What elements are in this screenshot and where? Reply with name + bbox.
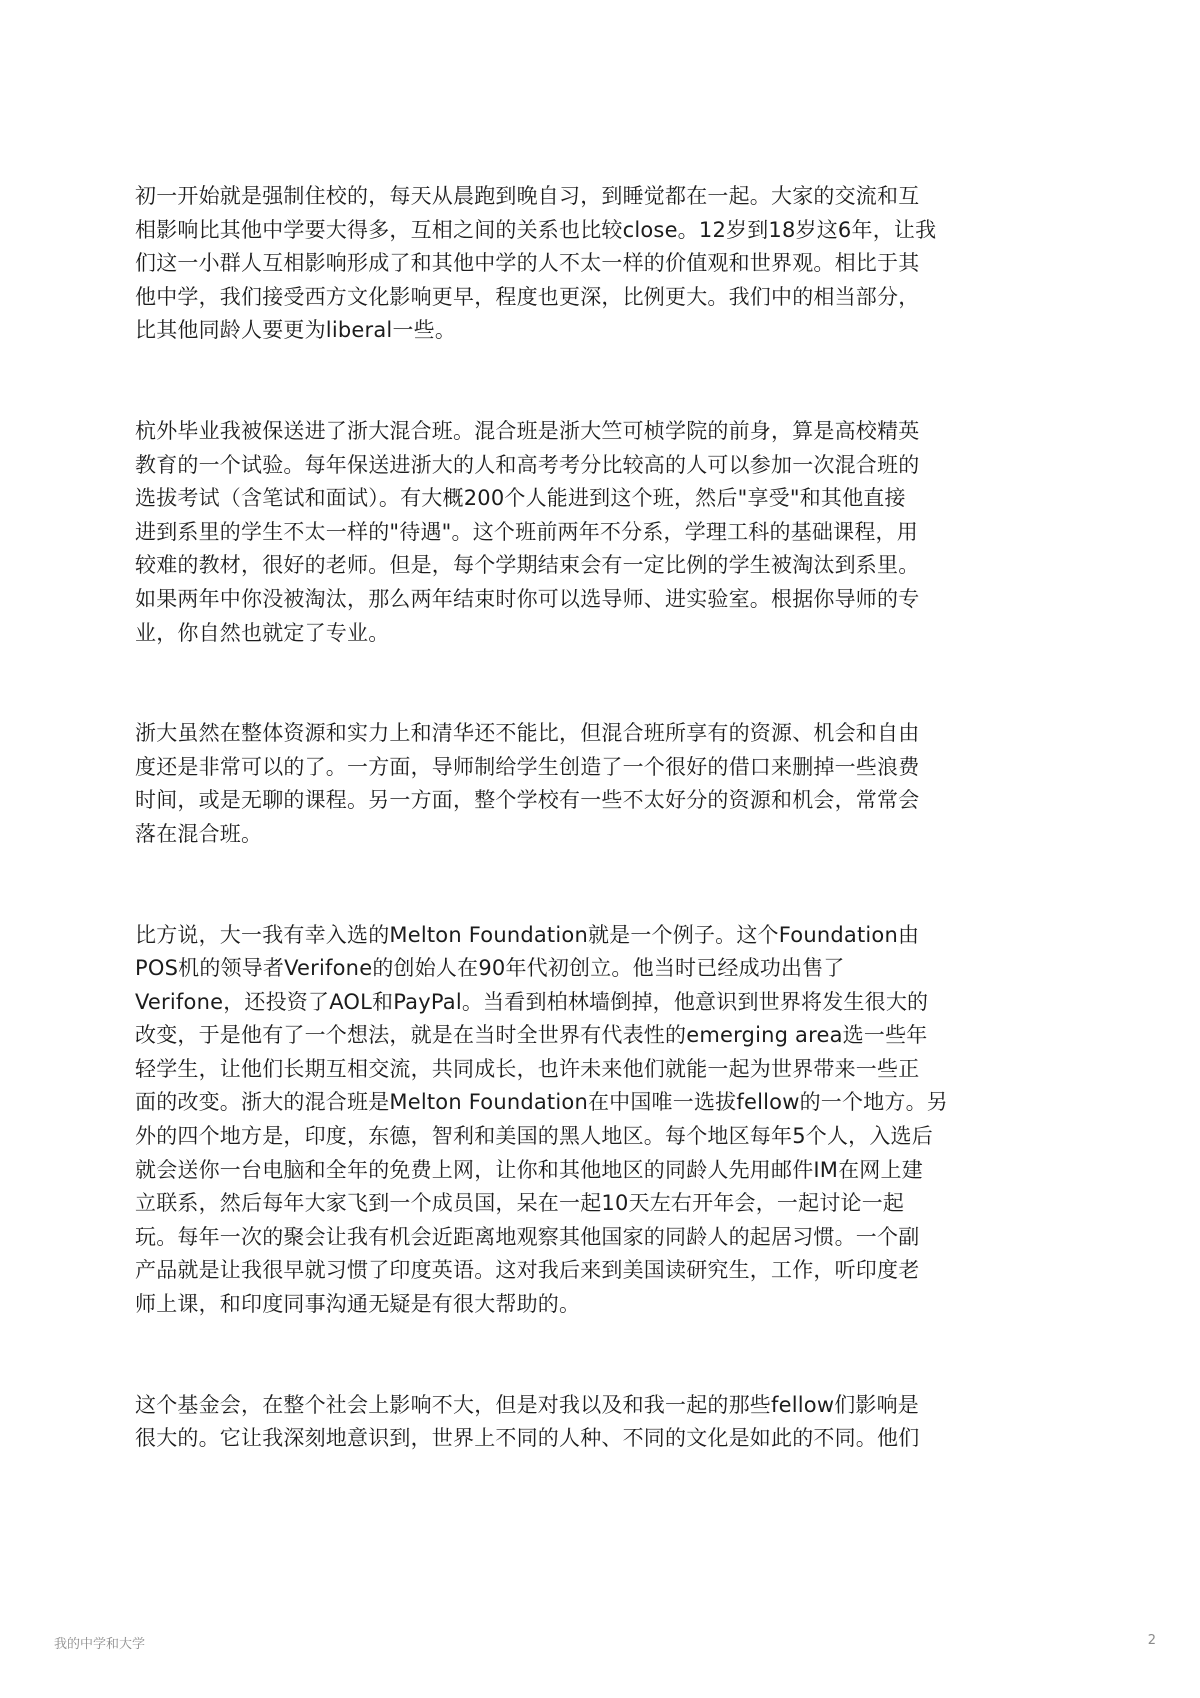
text-line: 浙大虽然在整体资源和实力上和清华还不能比，但混合班所享有的资源、机会和自由 <box>135 717 995 751</box>
text-line: 落在混合班。 <box>135 818 995 852</box>
text-line: 时间，或是无聊的课程。另一方面，整个学校有一些不太好分的资源和机会，常常会 <box>135 784 995 818</box>
text-line: 教育的一个试验。每年保送进浙大的人和高考考分比较高的人可以参加一次混合班的 <box>135 449 995 483</box>
text-line: 进到系里的学生不太一样的"待遇"。这个班前两年不分系，学理工科的基础课程，用 <box>135 516 995 550</box>
text-line: 这个基金会，在整个社会上影响不大，但是对我以及和我一起的那些fellow们影响是 <box>135 1389 995 1423</box>
text-line: 很大的。它让我深刻地意识到，世界上不同的人种、不同的文化是如此的不同。他们 <box>135 1422 995 1456</box>
text-line: 业，你自然也就定了专业。 <box>135 617 995 651</box>
text-line: 就会送你一台电脑和全年的免费上网，让你和其他地区的同龄人先用邮件IM在网上建 <box>135 1154 995 1188</box>
text-line: 师上课，和印度同事沟通无疑是有很大帮助的。 <box>135 1288 995 1322</box>
text-line: 产品就是让我很早就习惯了印度英语。这对我后来到美国读研究生，工作，听印度老 <box>135 1254 995 1288</box>
paragraph-foundation-impact: 这个基金会，在整个社会上影响不大，但是对我以及和我一起的那些fellow们影响是… <box>135 1389 995 1456</box>
text-line: 较难的教材，很好的老师。但是，每个学期结束会有一定比例的学生被淘汰到系里。 <box>135 549 995 583</box>
text-line: 初一开始就是强制住校的，每天从晨跑到晚自习，到睡觉都在一起。大家的交流和互 <box>135 180 995 214</box>
text-line: POS机的领导者Verifone的创始人在90年代初创立。他当时已经成功出售了 <box>135 952 995 986</box>
text-line: 面的改变。浙大的混合班是Melton Foundation在中国唯一选拔fell… <box>135 1086 995 1120</box>
paragraph-resources: 浙大虽然在整体资源和实力上和清华还不能比，但混合班所享有的资源、机会和自由 度还… <box>135 717 995 851</box>
text-line: 如果两年中你没被淘汰，那么两年结束时你可以选导师、进实验室。根据你导师的专 <box>135 583 995 617</box>
text-line: 杭外毕业我被保送进了浙大混合班。混合班是浙大竺可桢学院的前身，算是高校精英 <box>135 415 995 449</box>
document-page: 初一开始就是强制住校的，每天从晨跑到晚自习，到睡觉都在一起。大家的交流和互 相影… <box>0 0 1200 1698</box>
paragraph-boarding-school: 初一开始就是强制住校的，每天从晨跑到晚自习，到睡觉都在一起。大家的交流和互 相影… <box>135 180 995 348</box>
text-line: 外的四个地方是，印度，东德，智利和美国的黑人地区。每个地区每年5个人，入选后 <box>135 1120 995 1154</box>
text-line: Verifone，还投资了AOL和PayPal。当看到柏林墙倒掉，他意识到世界将… <box>135 986 995 1020</box>
text-line: 立联系，然后每年大家飞到一个成员国，呆在一起10天左右开年会，一起讨论一起 <box>135 1187 995 1221</box>
paragraph-mixed-class: 杭外毕业我被保送进了浙大混合班。混合班是浙大竺可桢学院的前身，算是高校精英 教育… <box>135 415 995 650</box>
text-line: 他中学，我们接受西方文化影响更早，程度也更深，比例更大。我们中的相当部分， <box>135 281 995 315</box>
footer-page-number: 2 <box>1148 1633 1156 1648</box>
text-line: 比其他同龄人要更为liberal一些。 <box>135 314 995 348</box>
text-line: 选拔考试（含笔试和面试）。有大概200个人能进到这个班，然后"享受"和其他直接 <box>135 482 995 516</box>
text-line: 相影响比其他中学要大得多，互相之间的关系也比较close。12岁到18岁这6年，… <box>135 214 995 248</box>
text-line: 改变，于是他有了一个想法，就是在当时全世界有代表性的emerging area选… <box>135 1019 995 1053</box>
text-line: 玩。每年一次的聚会让我有机会近距离地观察其他国家的同龄人的起居习惯。一个副 <box>135 1221 995 1255</box>
footer-document-title: 我的中学和大学 <box>54 1633 145 1652</box>
text-line: 比方说，大一我有幸入选的Melton Foundation就是一个例子。这个Fo… <box>135 919 995 953</box>
document-body: 初一开始就是强制住校的，每天从晨跑到晚自习，到睡觉都在一起。大家的交流和互 相影… <box>135 180 995 1523</box>
text-line: 度还是非常可以的了。一方面，导师制给学生创造了一个很好的借口来删掉一些浪费 <box>135 751 995 785</box>
text-line: 轻学生，让他们长期互相交流，共同成长，也许未来他们就能一起为世界带来一些正 <box>135 1053 995 1087</box>
paragraph-melton-foundation: 比方说，大一我有幸入选的Melton Foundation就是一个例子。这个Fo… <box>135 919 995 1322</box>
text-line: 们这一小群人互相影响形成了和其他中学的人不太一样的价值观和世界观。相比于其 <box>135 247 995 281</box>
